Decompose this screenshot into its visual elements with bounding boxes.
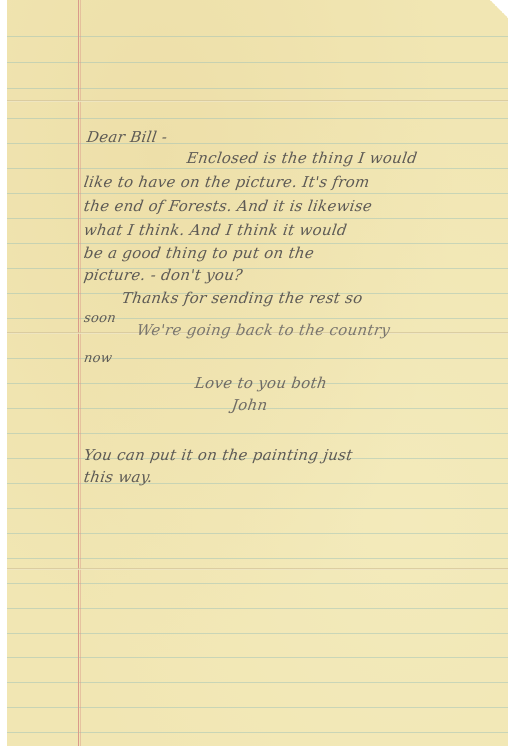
ruled-line [7, 633, 508, 634]
ruled-line [7, 36, 508, 37]
ruled-line [7, 268, 508, 269]
ruled-line [7, 88, 508, 89]
ruled-line [7, 318, 508, 319]
body-line: Enclosed is the thing I would [186, 149, 419, 167]
body-line: the end of Forests. And it is likewise [83, 197, 374, 215]
body-line: now [83, 351, 113, 366]
postscript-line: this way. [83, 468, 154, 486]
body-line: what I think. And I think it would [83, 221, 349, 239]
ruled-line [7, 358, 508, 359]
body-line: like to have on the picture. It's from [83, 173, 371, 191]
body-line: picture. - don't you? [83, 266, 244, 284]
ruled-line [7, 533, 508, 534]
body-line: Thanks for sending the rest so [121, 289, 364, 307]
ruled-line [7, 558, 508, 559]
margin-line [78, 0, 79, 746]
salutation: Dear Bill - [86, 128, 169, 146]
ruled-line [7, 168, 508, 169]
postscript-line: You can put it on the painting just [83, 446, 354, 464]
ruled-line [7, 218, 508, 219]
ruled-line [7, 143, 508, 144]
closing: Love to you both [194, 374, 329, 392]
signature: John [231, 396, 269, 414]
ruled-line [7, 508, 508, 509]
ruled-line [7, 62, 508, 63]
body-line: be a good thing to put on the [83, 244, 316, 262]
ruled-line [7, 118, 508, 119]
body-line: soon [83, 311, 117, 326]
ruled-line [7, 657, 508, 658]
ruled-line [7, 608, 508, 609]
ruled-line [7, 583, 508, 584]
paper-fold-top [7, 100, 508, 102]
body-line: We're going back to the country [136, 321, 392, 339]
paper-fold-bottom [7, 568, 508, 570]
ruled-line [7, 682, 508, 683]
ruled-line [7, 732, 508, 733]
ruled-line [7, 193, 508, 194]
ruled-line [7, 707, 508, 708]
ruled-line [7, 433, 508, 434]
letter-paper: Dear Bill - Enclosed is the thing I woul… [7, 0, 508, 746]
